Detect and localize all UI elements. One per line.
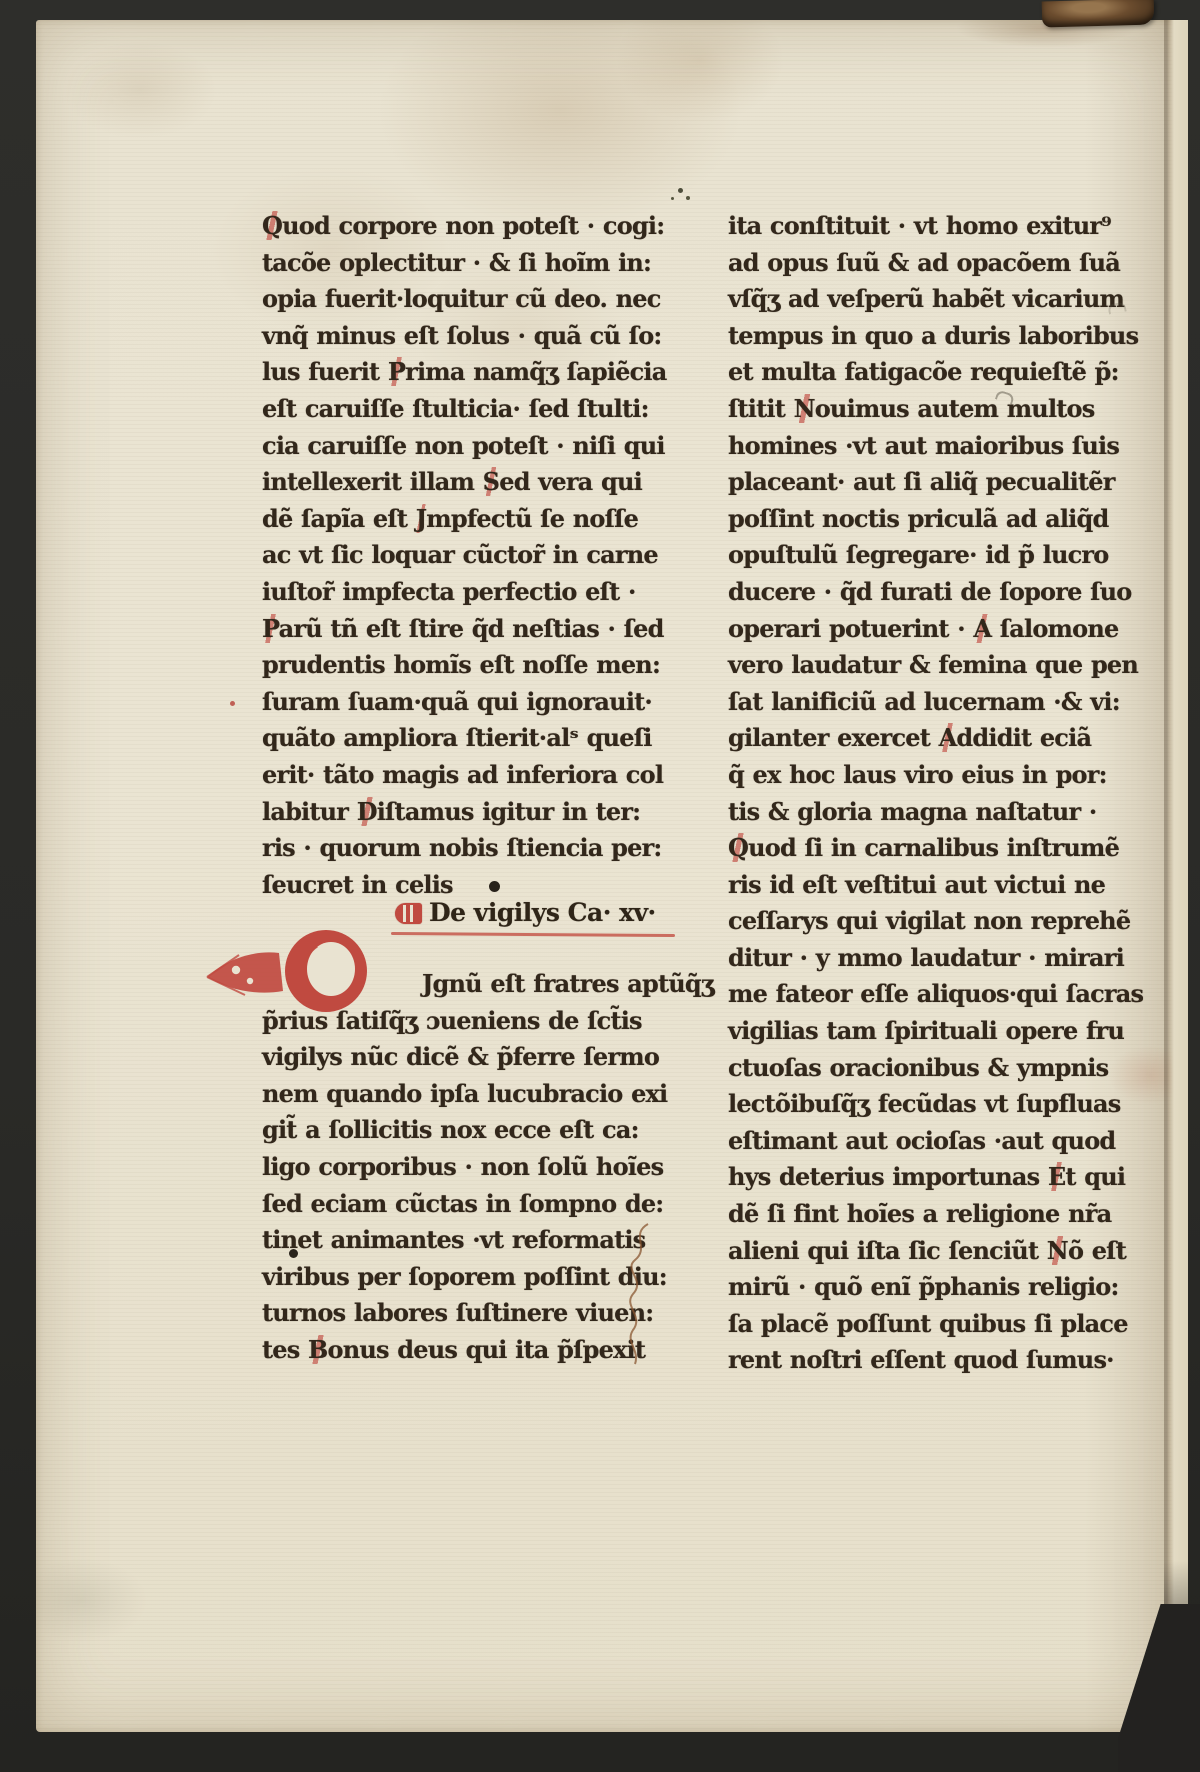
- ink-spot: [489, 881, 500, 892]
- ink-spot: [678, 188, 683, 193]
- text-line: quãto ampliora ſtierit·alˢ queſi: [262, 720, 644, 757]
- text-line: poſſint noctis priculã ad aliq̃d: [728, 501, 1092, 538]
- text-line: intellexerit illam Sed vera qui: [262, 464, 644, 501]
- text-line: Quod ſi in carnalibus inſtrumẽ: [728, 830, 1092, 867]
- text-line: Parũ tñ eſt ſtire q̃d neſtias · ſed: [262, 611, 644, 648]
- right-text-column: ita conſtituit · vt homo exitur⁹ad opus …: [728, 208, 1092, 1379]
- text-line: operari potuerint · A ſalomone: [728, 611, 1092, 648]
- ink-spot: [289, 1249, 298, 1258]
- text-line: ctuoſas oracionibus & ympnis: [728, 1050, 1092, 1087]
- text-line: opuſtulũ ſegregare· id p̃ lucro: [728, 537, 1092, 574]
- text-line: tis & gloria magna naſtatur ·: [728, 794, 1092, 831]
- text-line: ſed eciam cũctas in ſompno de:: [262, 1186, 644, 1223]
- text-line: mirũ · quõ enĩ p̃phanis religio:: [728, 1269, 1092, 1306]
- left-text-column: Quod corpore non poteſt · cogi:tacõe opl…: [262, 208, 644, 903]
- marginal-bracket-mark: [622, 1222, 658, 1368]
- text-line: dẽ ſi fint hoĩes a religione nr̃a: [728, 1196, 1092, 1233]
- page-fold-strip: [1164, 20, 1188, 1732]
- left-text-column-paragraph2: Jgnũ eſt fratres aptũq̃ʒp̃rius ſatiſq̃ʒ …: [262, 966, 644, 1369]
- text-line: ris id eſt veſtitui aut victui ne: [728, 867, 1092, 904]
- text-line: alieni qui iſta ſic ſenciũt Nõ eſt: [728, 1233, 1092, 1270]
- text-line: viribus per ſoporem poſſint diu:: [262, 1259, 644, 1296]
- ink-spot: [686, 196, 690, 200]
- text-line: tempus in quo a duris laboribus: [728, 318, 1092, 355]
- text-line: ſa placẽ poſſunt quibus ſi place: [728, 1306, 1092, 1343]
- text-line: ſtitit Nouimus autem multos: [728, 391, 1092, 428]
- lombard-initial: [205, 929, 385, 1015]
- text-line: ceſſarys qui vigilat non reprehẽ: [728, 903, 1092, 940]
- capitulum-mark-icon: [395, 903, 422, 924]
- text-line: ſuram ſuam·quã qui ignorauit·: [262, 684, 644, 721]
- text-line: iuſtor̃ impfecta perfectio eſt ·: [262, 574, 644, 611]
- book-photo: Quod corpore non poteſt · cogi:tacõe opl…: [0, 0, 1200, 1772]
- text-line: ditur · y mmo laudatur · mirari: [728, 940, 1092, 977]
- text-line: eſtimant aut ocioſas ·aut quod: [728, 1123, 1092, 1160]
- text-line: eſt caruiſſe ſtulticia· ſed ſtulti:: [262, 391, 644, 428]
- text-line: rent noſtri eſſent quod ſumus·: [728, 1342, 1092, 1379]
- text-line: nem quando ipſa lucubracio exi: [262, 1076, 644, 1113]
- text-line: et multa fatigacõe requieſtẽ p̃:: [728, 354, 1092, 391]
- text-line: placeant· aut ſi aliq̃ pecualitẽr: [728, 464, 1092, 501]
- text-line: tinet animantes ·vt reformatis: [262, 1222, 644, 1259]
- text-line: turnos labores ſuſtinere viuen:: [262, 1295, 644, 1332]
- text-line: cia caruiſſe non poteſt · niſi qui: [262, 428, 644, 465]
- text-line: tacõe oplectitur · & ſi hoĩm in:: [262, 245, 644, 282]
- text-line: ac vt ſic loquar cũctor̃ in carne: [262, 537, 644, 574]
- chapter-heading: De vigilys Ca· xv·: [395, 897, 656, 931]
- text-line: vſq̃ʒ ad veſperũ habẽt vicarium: [728, 281, 1092, 318]
- text-line: gilanter exercet Addidit eciã: [728, 720, 1092, 757]
- text-line: vigilias tam ſpirituali opere fru: [728, 1013, 1092, 1050]
- text-line: hys deterius importunas Et qui: [728, 1159, 1092, 1196]
- text-line: ris · quorum nobis ſtiencia per:: [262, 830, 644, 867]
- text-line: opia fuerit·loquitur cũ deo. nec: [262, 281, 644, 318]
- text-line: me fateor eſſe aliquos·qui ſacras: [728, 976, 1092, 1013]
- text-line: ligo corporibus · non ſolũ hoĩes: [262, 1149, 644, 1186]
- chapter-heading-text: De vigilys Ca· xv·: [429, 898, 656, 927]
- text-line: lectõibuſq̃ʒ fecũdas vt ſupfluas: [728, 1086, 1092, 1123]
- text-line: git̃ a ſollicitis nox ecce eſt ca:: [262, 1112, 644, 1149]
- text-line: ſat lanificiũ ad lucernam ·& vi:: [728, 684, 1092, 721]
- ink-spot: [671, 197, 674, 200]
- text-line: Quod corpore non poteſt · cogi:: [262, 208, 644, 245]
- text-line: q̃ ex hoc laus viro eius in por:: [728, 757, 1092, 794]
- red-ink-spot: [230, 701, 235, 706]
- text-line: tes Bonus deus qui ita p̃ſpexit: [262, 1332, 644, 1369]
- text-line: vnq̃ minus eſt ſolus · quã cũ ſo:: [262, 318, 644, 355]
- text-line: ad opus ſuũ & ad opacõem ſuã: [728, 245, 1092, 282]
- text-line: lus fuerit Prima namq̃ʒ ſapiẽcia: [262, 354, 644, 391]
- text-line: labitur Diſtamus igitur in ter:: [262, 794, 644, 831]
- text-line: vigilys nũc dicẽ & p̃ferre ſermo: [262, 1039, 644, 1076]
- text-line: erit· tãto magis ad inferiora col: [262, 757, 644, 794]
- text-line: prudentis homĩs eſt noſſe men:: [262, 647, 644, 684]
- binding-headband: [1042, 0, 1155, 27]
- text-line: ita conſtituit · vt homo exitur⁹: [728, 208, 1092, 245]
- text-line: ducere · q̃d furati de ſopore ſuo: [728, 574, 1092, 611]
- text-line: vero laudatur & femina que pen: [728, 647, 1092, 684]
- text-line: homines ·vt aut maioribus ſuis: [728, 428, 1092, 465]
- text-line: dẽ ſapĩa eſt Jmpfectũ ſe noſſe: [262, 501, 644, 538]
